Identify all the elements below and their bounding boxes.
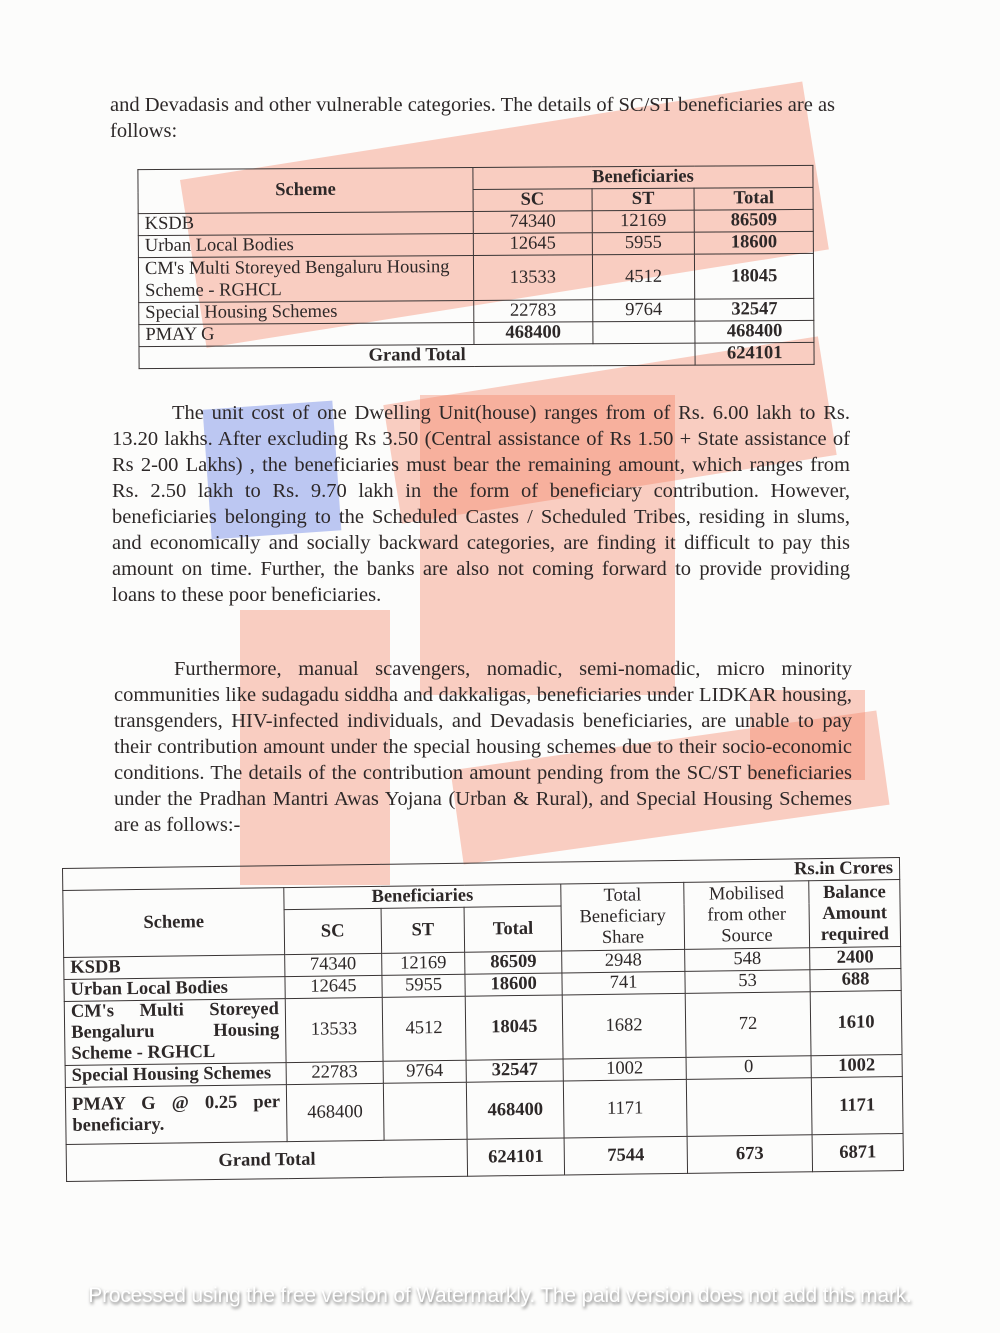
cell-scheme: PMAY G [139, 323, 474, 347]
cell-sc: 13533 [285, 997, 383, 1062]
header-scheme: Scheme [63, 888, 285, 958]
cell-total: 32547 [466, 1059, 563, 1082]
watermarkly-notice: Processed using the free version of Wate… [0, 1284, 1000, 1308]
header-st: ST [592, 188, 695, 211]
cell-st: 12169 [592, 210, 695, 233]
contribution-table: Rs.in Crores Scheme Beneficiaries Total … [62, 857, 904, 1182]
cell-total: 18045 [466, 995, 564, 1060]
cell-sc: 74340 [285, 953, 382, 976]
cell-balance: 1002 [811, 1055, 902, 1078]
cell-balance: 1610 [810, 991, 902, 1056]
intro-paragraph: and Devadasis and other vulnerable categ… [110, 92, 845, 144]
cell-sc: 12645 [285, 975, 382, 998]
cell-sc: 468400 [286, 1083, 383, 1141]
cell-balance: 1171 [811, 1077, 903, 1135]
cell-sc: 74340 [473, 211, 592, 234]
grand-total-value: 624101 [695, 342, 814, 365]
cell-scheme: PMAY G @ 0.25 per beneficiary. [65, 1085, 287, 1145]
header-sc: SC [473, 189, 592, 212]
cell-balance: 688 [810, 969, 901, 992]
header-beneficiary-share: Total Beneficiary Share [561, 882, 685, 951]
cell-mobilised [686, 1078, 812, 1137]
cell-share: 1002 [563, 1057, 686, 1081]
cell-share: 1682 [562, 993, 686, 1059]
grand-total-label: Grand Total [66, 1139, 468, 1181]
header-beneficiaries: Beneficiaries [473, 165, 813, 189]
cell-scheme: KSDB [138, 212, 473, 236]
cell-st: 5955 [382, 974, 466, 997]
header-total: Total [464, 906, 561, 952]
header-st: ST [381, 907, 465, 953]
unit-cost-paragraph: The unit cost of one Dwelling Unit(house… [112, 400, 850, 608]
cell-share: 1171 [563, 1079, 687, 1138]
grand-total-row: Grand Total 624101 [139, 342, 814, 368]
cell-scheme: Urban Local Bodies [64, 977, 285, 1002]
cell-mobilised: 53 [685, 970, 810, 994]
cell-total: 86509 [694, 209, 813, 232]
cell-total: 86509 [465, 951, 562, 974]
header-balance: Balance Amount required [809, 880, 901, 948]
document-page: and Devadasis and other vulnerable categ… [0, 0, 1000, 1333]
cell-sc: 22783 [286, 1061, 383, 1084]
contribution-paragraph: Furthermore, manual scavengers, nomadic,… [114, 656, 852, 838]
cell-st: 9764 [383, 1060, 467, 1083]
cell-mobilised: 72 [685, 992, 811, 1058]
cell-total: 468400 [467, 1081, 564, 1139]
grand-total-balance: 6871 [812, 1134, 903, 1172]
header-total: Total [694, 187, 813, 210]
beneficiaries-table: Scheme Beneficiaries SC ST Total KSDB 74… [137, 165, 814, 369]
cell-total: 32547 [695, 298, 814, 321]
cell-scheme: Special Housing Schemes [65, 1063, 286, 1088]
cell-scheme: CM's Multi Storeyed Bengaluru Housing Sc… [138, 256, 473, 303]
cell-scheme: Urban Local Bodies [138, 234, 473, 258]
header-mobilised: Mobilised from other Source [684, 881, 810, 950]
cell-sc: 12645 [473, 233, 592, 256]
cell-st: 4512 [382, 996, 466, 1061]
cell-st [383, 1082, 467, 1140]
grand-total-label: Grand Total [139, 343, 695, 368]
cell-balance: 2400 [810, 947, 901, 970]
cell-st [593, 321, 696, 344]
cell-total: 468400 [695, 320, 814, 343]
cell-sc: 13533 [473, 255, 592, 301]
cell-total: 18600 [695, 231, 814, 254]
cell-total: 18045 [695, 253, 814, 299]
grand-total-share: 7544 [564, 1136, 687, 1175]
header-sc: SC [284, 908, 381, 954]
cell-mobilised: 548 [685, 948, 810, 972]
cell-scheme: Special Housing Schemes [139, 301, 474, 325]
cell-st: 4512 [592, 254, 695, 300]
grand-total-mobilised: 673 [687, 1135, 812, 1174]
cell-share: 2948 [562, 949, 685, 973]
table-row: CM's Multi Storeyed Bengaluru Housing Sc… [138, 253, 813, 302]
cell-st: 9764 [592, 299, 695, 322]
cell-scheme: CM's Multi Storeyed Bengaluru Housing Sc… [64, 999, 286, 1066]
cell-st: 12169 [381, 952, 465, 975]
cell-total: 18600 [465, 973, 562, 996]
cell-scheme: KSDB [64, 955, 285, 980]
grand-total-beneficiaries: 624101 [467, 1138, 564, 1176]
cell-share: 741 [562, 971, 685, 995]
cell-mobilised: 0 [686, 1056, 811, 1080]
cell-st: 5955 [592, 232, 695, 255]
cell-sc: 22783 [474, 300, 593, 323]
cell-sc: 468400 [474, 322, 593, 345]
header-scheme: Scheme [138, 168, 473, 214]
table-row: CM's Multi Storeyed Bengaluru Housing Sc… [64, 991, 902, 1066]
